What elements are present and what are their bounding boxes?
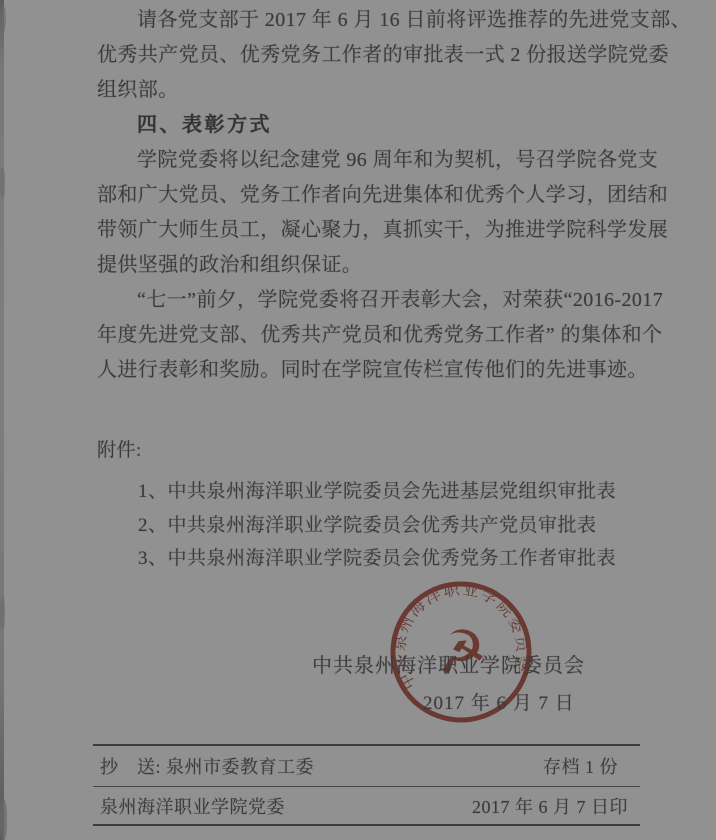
print-date: 2017 年 6 月 7 日印 <box>472 793 628 819</box>
signature-date: 2017 年 6 月 7 日 <box>423 688 575 715</box>
issuer-row: 泉州海洋职业学院党委 2017 年 6 月 7 日印 <box>93 786 640 826</box>
copy-to-text: 抄 送: 泉州市委教育工委 <box>100 753 314 779</box>
body-line: 组织部。 <box>97 73 649 108</box>
signature-org: 中共泉州海洋职业学院委员会 <box>312 649 585 678</box>
copy-to-row: 抄 送: 泉州市委教育工委 存档 1 份 <box>93 744 640 786</box>
body-line: “七一”前夕，学院党委将召开表彰大会，对荣获“2016-2017 <box>97 283 649 318</box>
body-line: 提供坚强的政治和组织保证。 <box>97 248 649 283</box>
document-footer: 抄 送: 泉州市委教育工委 存档 1 份 泉州海洋职业学院党委 2017 年 6… <box>93 744 640 826</box>
attachment-items: 1、中共泉州海洋职业学院委员会先进基层党组织审批表 2、中共泉州海洋职业学院委员… <box>97 475 649 576</box>
body-line: 请各党支部于 2017 年 6 月 16 日前将评选推荐的先进党支部、 <box>97 3 649 38</box>
issuer-name: 泉州海洋职业学院党委 <box>100 793 285 819</box>
attachment-item: 1、中共泉州海洋职业学院委员会先进基层党组织审批表 <box>138 475 649 509</box>
body-line: 带领广大师生员工，凝心聚力，真抓实干，为推进学院科学发展 <box>97 213 649 248</box>
document-body: 请各党支部于 2017 年 6 月 16 日前将评选推荐的先进党支部、 优秀共产… <box>97 3 649 388</box>
attachment-item: 2、中共泉州海洋职业学院委员会优秀共产党员审批表 <box>138 509 649 543</box>
attachments-list: 附件: 1、中共泉州海洋职业学院委员会先进基层党组织审批表 2、中共泉州海洋职业… <box>97 440 649 576</box>
section-heading: 四、表彰方式 <box>97 108 649 143</box>
body-line: 部和广大党员、党务工作者向先进集体和优秀个人学习，团结和 <box>97 178 649 213</box>
attachment-item: 3、中共泉州海洋职业学院委员会优秀党务工作者审批表 <box>138 542 649 576</box>
scan-smudge <box>0 800 7 840</box>
body-line: 学院党委将以纪念建党 96 周年和为契机，号召学院各党支 <box>97 143 649 178</box>
body-line: 年度先进党支部、优秀共产党员和优秀党务工作者” 的集体和个 <box>97 318 649 353</box>
copy-label: 抄 送: <box>100 757 161 777</box>
body-line: 人进行表彰和奖励。同时在学院宣传栏宣传他们的先进事迹。 <box>97 353 649 388</box>
scanned-document-page: 请各党支部于 2017 年 6 月 16 日前将评选推荐的先进党支部、 优秀共产… <box>0 0 716 840</box>
scan-edge-artifact <box>0 0 4 840</box>
scan-smudge <box>0 168 5 198</box>
scan-smudge <box>0 6 6 32</box>
body-line: 优秀共产党员、优秀党务工作者的审批表一式 2 份报送学院党委 <box>97 38 649 73</box>
archive-note: 存档 1 份 <box>543 753 618 779</box>
scan-smudge <box>0 596 5 630</box>
attachments-label: 附件: <box>97 440 649 462</box>
copy-recipient: 泉州市委教育工委 <box>161 757 314 777</box>
